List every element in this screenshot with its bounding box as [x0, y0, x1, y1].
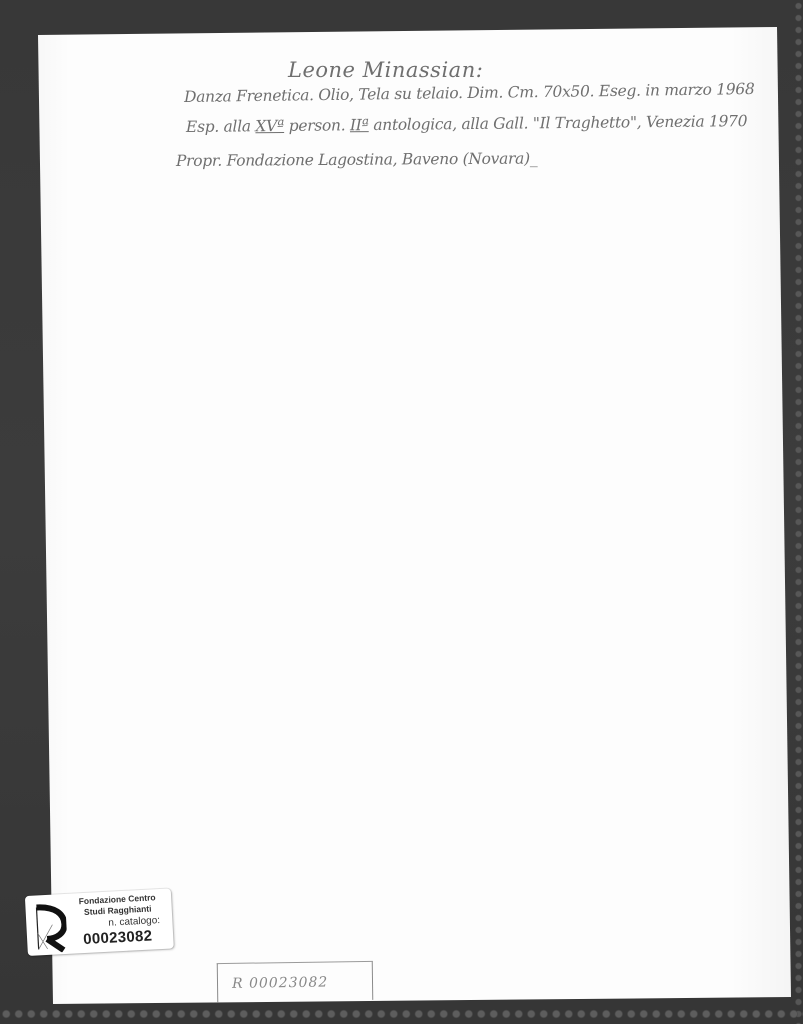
- inventory-stamp-text: R 00023082: [232, 975, 328, 992]
- exhibition-edition: XVª: [255, 117, 284, 135]
- ragghianti-r-logo-icon: [31, 902, 68, 954]
- exhibition-prefix: Esp. alla: [186, 117, 256, 136]
- artist-name: Leone Minassian:: [288, 58, 483, 82]
- film-perforation-bottom: [0, 1006, 803, 1022]
- catalog-label: Fondazione Centro Studi Ragghianti n. ca…: [25, 888, 174, 956]
- catalog-number: 00023082: [83, 927, 153, 948]
- antologica-number: IIª: [350, 116, 369, 134]
- film-perforation-right: [794, 0, 803, 1024]
- ownership-details: Propr. Fondazione Lagostina, Baveno (Nov…: [176, 149, 537, 170]
- catalog-caption: n. catalogo:: [108, 915, 160, 929]
- exhibition-mid: person.: [284, 116, 350, 135]
- inventory-stamp-box: R 00023082: [217, 961, 374, 1002]
